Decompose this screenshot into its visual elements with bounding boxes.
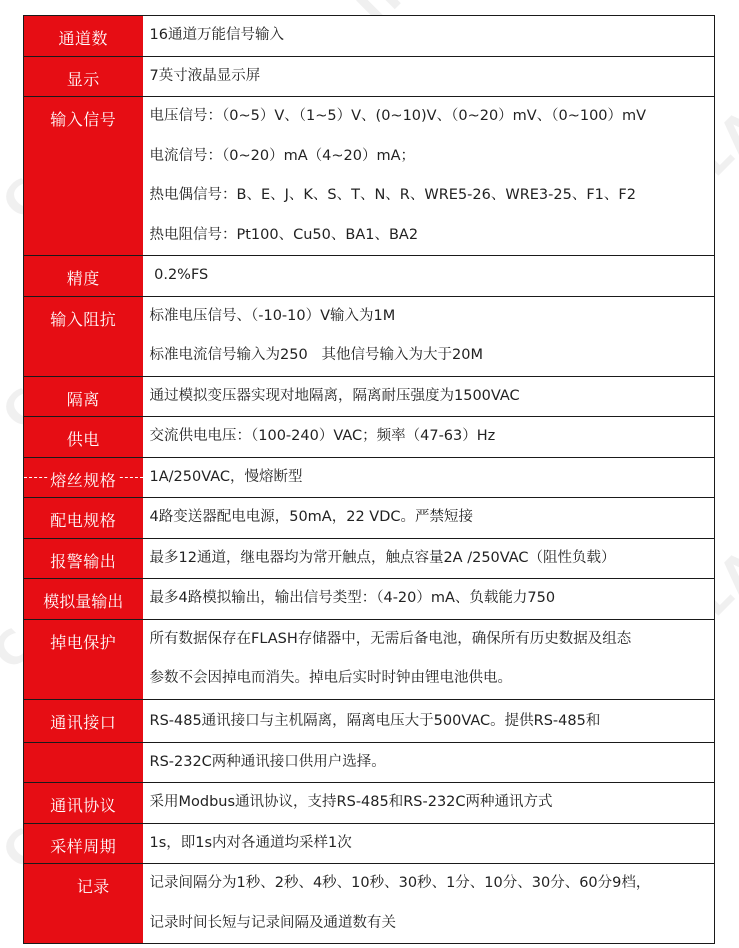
spec-label-text: 显示 <box>67 70 100 89</box>
spec-value-line: 最多12通道，继电器均为常开触点，触点容量2A /250VAC（阻性负载） <box>150 539 715 579</box>
spec-label: 通道数 <box>24 16 143 57</box>
spec-label: 隔离 <box>24 376 143 417</box>
spec-row-input-signal: 输入信号 电压信号：（0~5）V、（1~5）V、(0~10)V、（0~20）mV… <box>24 97 715 256</box>
spec-value-line: 热电阻信号：Pt100、Cu50、BA1、BA2 <box>150 216 715 256</box>
spec-label: 配电规格 <box>24 498 143 539</box>
spec-value-line: 0.2%FS <box>150 256 715 296</box>
spec-value: 交流供电电压：（100-240）VAC；频率（47-63）Hz <box>143 417 715 458</box>
spec-label: 供电 <box>24 417 143 458</box>
spec-row-channels: 通道数 16通道万能信号输入 <box>24 16 715 57</box>
spec-value-line: 参数不会因掉电而消失。掉电后实时时钟由锂电池供电。 <box>150 659 715 699</box>
spec-row-isolation: 隔离 通过模拟变压器实现对地隔离，隔离耐压强度为1500VAC <box>24 376 715 417</box>
spec-value: 电压信号：（0~5）V、（1~5）V、(0~10)V、（0~20）mV、（0~1… <box>143 97 715 256</box>
spec-label-text: 通道数 <box>58 29 108 48</box>
spec-value: 1s，即1s内对各通道均采样1次 <box>143 823 715 864</box>
spec-label-empty <box>24 742 143 783</box>
spec-value-line: 7英寸液晶显示屏 <box>150 57 715 97</box>
spec-value: 通过模拟变压器实现对地隔离，隔离耐压强度为1500VAC <box>143 376 715 417</box>
spec-value-line: 热电偶信号：B、E、J、K、S、T、N、R、WRE5-26、WRE3-25、F1… <box>150 176 715 216</box>
spec-label-text: 记录 <box>77 877 110 896</box>
spec-label: 掉电保护 <box>24 619 143 699</box>
spec-value-line: RS-232C两种通讯接口供用户选择。 <box>150 743 715 783</box>
spec-value: 最多4路模拟输出，输出信号类型：（4-20）mA、负载能力750 <box>143 579 715 620</box>
spec-value-line: 电压信号：（0~5）V、（1~5）V、(0~10)V、（0~20）mV、（0~1… <box>150 97 715 137</box>
spec-label: 模拟量输出 <box>24 579 143 620</box>
spec-label: 采样周期 <box>24 823 143 864</box>
spec-value-line: 通过模拟变压器实现对地隔离，隔离耐压强度为1500VAC <box>150 377 715 417</box>
spec-row-recording: 记录 记录间隔分为1秒、2秒、4秒、10秒、30秒、1分、10分、30分、60分… <box>24 864 715 944</box>
spec-label-text: 采样周期 <box>50 837 116 856</box>
spec-label-text: 掉电保护 <box>50 633 116 652</box>
spec-row-distribution: 配电规格 4路变送器配电电源，50mA，22 VDC。严禁短接 <box>24 498 715 539</box>
spec-label-text: 通讯协议 <box>50 796 116 815</box>
spec-label: 精度 <box>24 256 143 297</box>
spec-value: 记录间隔分为1秒、2秒、4秒、10秒、30秒、1分、10分、30分、60分9档，… <box>143 864 715 944</box>
spec-value-line: 记录间隔分为1秒、2秒、4秒、10秒、30秒、1分、10分、30分、60分9档， <box>150 864 715 904</box>
spec-value: 采用Modbus通讯协议，支持RS-485和RS-232C两种通讯方式 <box>143 783 715 824</box>
spec-value: 最多12通道，继电器均为常开触点，触点容量2A /250VAC（阻性负载） <box>143 538 715 579</box>
spec-value-line: 交流供电电压：（100-240）VAC；频率（47-63）Hz <box>150 417 715 457</box>
spec-label-text: 精度 <box>67 269 100 288</box>
spec-row-power-supply: 供电 交流供电电压：（100-240）VAC；频率（47-63）Hz <box>24 417 715 458</box>
spec-row-display: 显示 7英寸液晶显示屏 <box>24 56 715 97</box>
spec-value-line: 电流信号：（0~20）mA（4~20）mA； <box>150 137 715 177</box>
spec-value-line: 4路变送器配电电源，50mA，22 VDC。严禁短接 <box>150 498 715 538</box>
spec-row-comm-interface-cont: RS-232C两种通讯接口供用户选择。 <box>24 742 715 783</box>
spec-value: RS-232C两种通讯接口供用户选择。 <box>143 742 715 783</box>
spec-label: 通讯接口 <box>24 699 143 742</box>
spec-row-sampling-period: 采样周期 1s，即1s内对各通道均采样1次 <box>24 823 715 864</box>
spec-value: 所有数据保存在FLASH存储器中，无需后备电池，确保所有历史数据及组态 参数不会… <box>143 619 715 699</box>
spec-label: 熔丝规格 <box>24 457 143 498</box>
spec-row-fuse: 熔丝规格 1A/250VAC，慢熔断型 <box>24 457 715 498</box>
spec-table: 通道数 16通道万能信号输入 显示 7英寸液晶显示屏 输入信号 电压信号：（0~… <box>23 15 715 944</box>
spec-label-text: 熔丝规格 <box>48 471 118 490</box>
spec-row-alarm-output: 报警输出 最多12通道，继电器均为常开触点，触点容量2A /250VAC（阻性负… <box>24 538 715 579</box>
spec-label-text: 通讯接口 <box>50 713 116 732</box>
spec-row-comm-protocol: 通讯协议 采用Modbus通讯协议，支持RS-485和RS-232C两种通讯方式 <box>24 783 715 824</box>
spec-value-line: RS-485通讯接口与主机隔离，隔离电压大于500VAC。提供RS-485和 <box>150 700 715 742</box>
spec-value: 7英寸液晶显示屏 <box>143 56 715 97</box>
spec-label-text: 输入信号 <box>50 110 116 129</box>
spec-value: 4路变送器配电电源，50mA，22 VDC。严禁短接 <box>143 498 715 539</box>
spec-label-text: 报警输出 <box>50 552 116 571</box>
spec-value-line: 标准电流信号输入为250 其他信号输入为大于20M <box>150 336 715 376</box>
spec-label-text: 供电 <box>67 430 100 449</box>
spec-label-text: 隔离 <box>67 390 100 409</box>
spec-label: 输入阻抗 <box>24 296 143 376</box>
spec-value-line: 16通道万能信号输入 <box>150 16 715 56</box>
spec-row-input-impedance: 输入阻抗 标准电压信号、（-10-10）V输入为1M 标准电流信号输入为250 … <box>24 296 715 376</box>
spec-value-line: 1A/250VAC，慢熔断型 <box>150 458 715 498</box>
spec-value-line: 最多4路模拟输出，输出信号类型：（4-20）mA、负载能力750 <box>150 579 715 619</box>
spec-label-text: 配电规格 <box>50 511 116 530</box>
spec-value-line: 标准电压信号、（-10-10）V输入为1M <box>150 297 715 337</box>
spec-label: 记录 <box>24 864 143 944</box>
spec-label-text: 模拟量输出 <box>43 592 123 611</box>
spec-row-power-loss-protection: 掉电保护 所有数据保存在FLASH存储器中，无需后备电池，确保所有历史数据及组态… <box>24 619 715 699</box>
spec-label: 报警输出 <box>24 538 143 579</box>
spec-value: 16通道万能信号输入 <box>143 16 715 57</box>
spec-row-accuracy: 精度 0.2%FS <box>24 256 715 297</box>
spec-value-line: 采用Modbus通讯协议，支持RS-485和RS-232C两种通讯方式 <box>150 783 715 823</box>
spec-value: 0.2%FS <box>143 256 715 297</box>
dashed-label-wrap: 熔丝规格 <box>24 468 143 491</box>
spec-label: 通讯协议 <box>24 783 143 824</box>
spec-value: RS-485通讯接口与主机隔离，隔离电压大于500VAC。提供RS-485和 <box>143 699 715 742</box>
spec-label: 显示 <box>24 56 143 97</box>
spec-value: 标准电压信号、（-10-10）V输入为1M 标准电流信号输入为250 其他信号输… <box>143 296 715 376</box>
spec-value-line: 1s，即1s内对各通道均采样1次 <box>150 824 715 864</box>
spec-row-analog-output: 模拟量输出 最多4路模拟输出，输出信号类型：（4-20）mA、负载能力750 <box>24 579 715 620</box>
spec-label: 输入信号 <box>24 97 143 256</box>
spec-value-line: 记录时间长短与记录间隔及通道数有关 <box>150 904 715 944</box>
spec-value-line: 所有数据保存在FLASH存储器中，无需后备电池，确保所有历史数据及组态 <box>150 620 715 660</box>
spec-label-text: 输入阻抗 <box>50 310 116 329</box>
spec-value: 1A/250VAC，慢熔断型 <box>143 457 715 498</box>
spec-row-comm-interface: 通讯接口 RS-485通讯接口与主机隔离，隔离电压大于500VAC。提供RS-4… <box>24 699 715 742</box>
